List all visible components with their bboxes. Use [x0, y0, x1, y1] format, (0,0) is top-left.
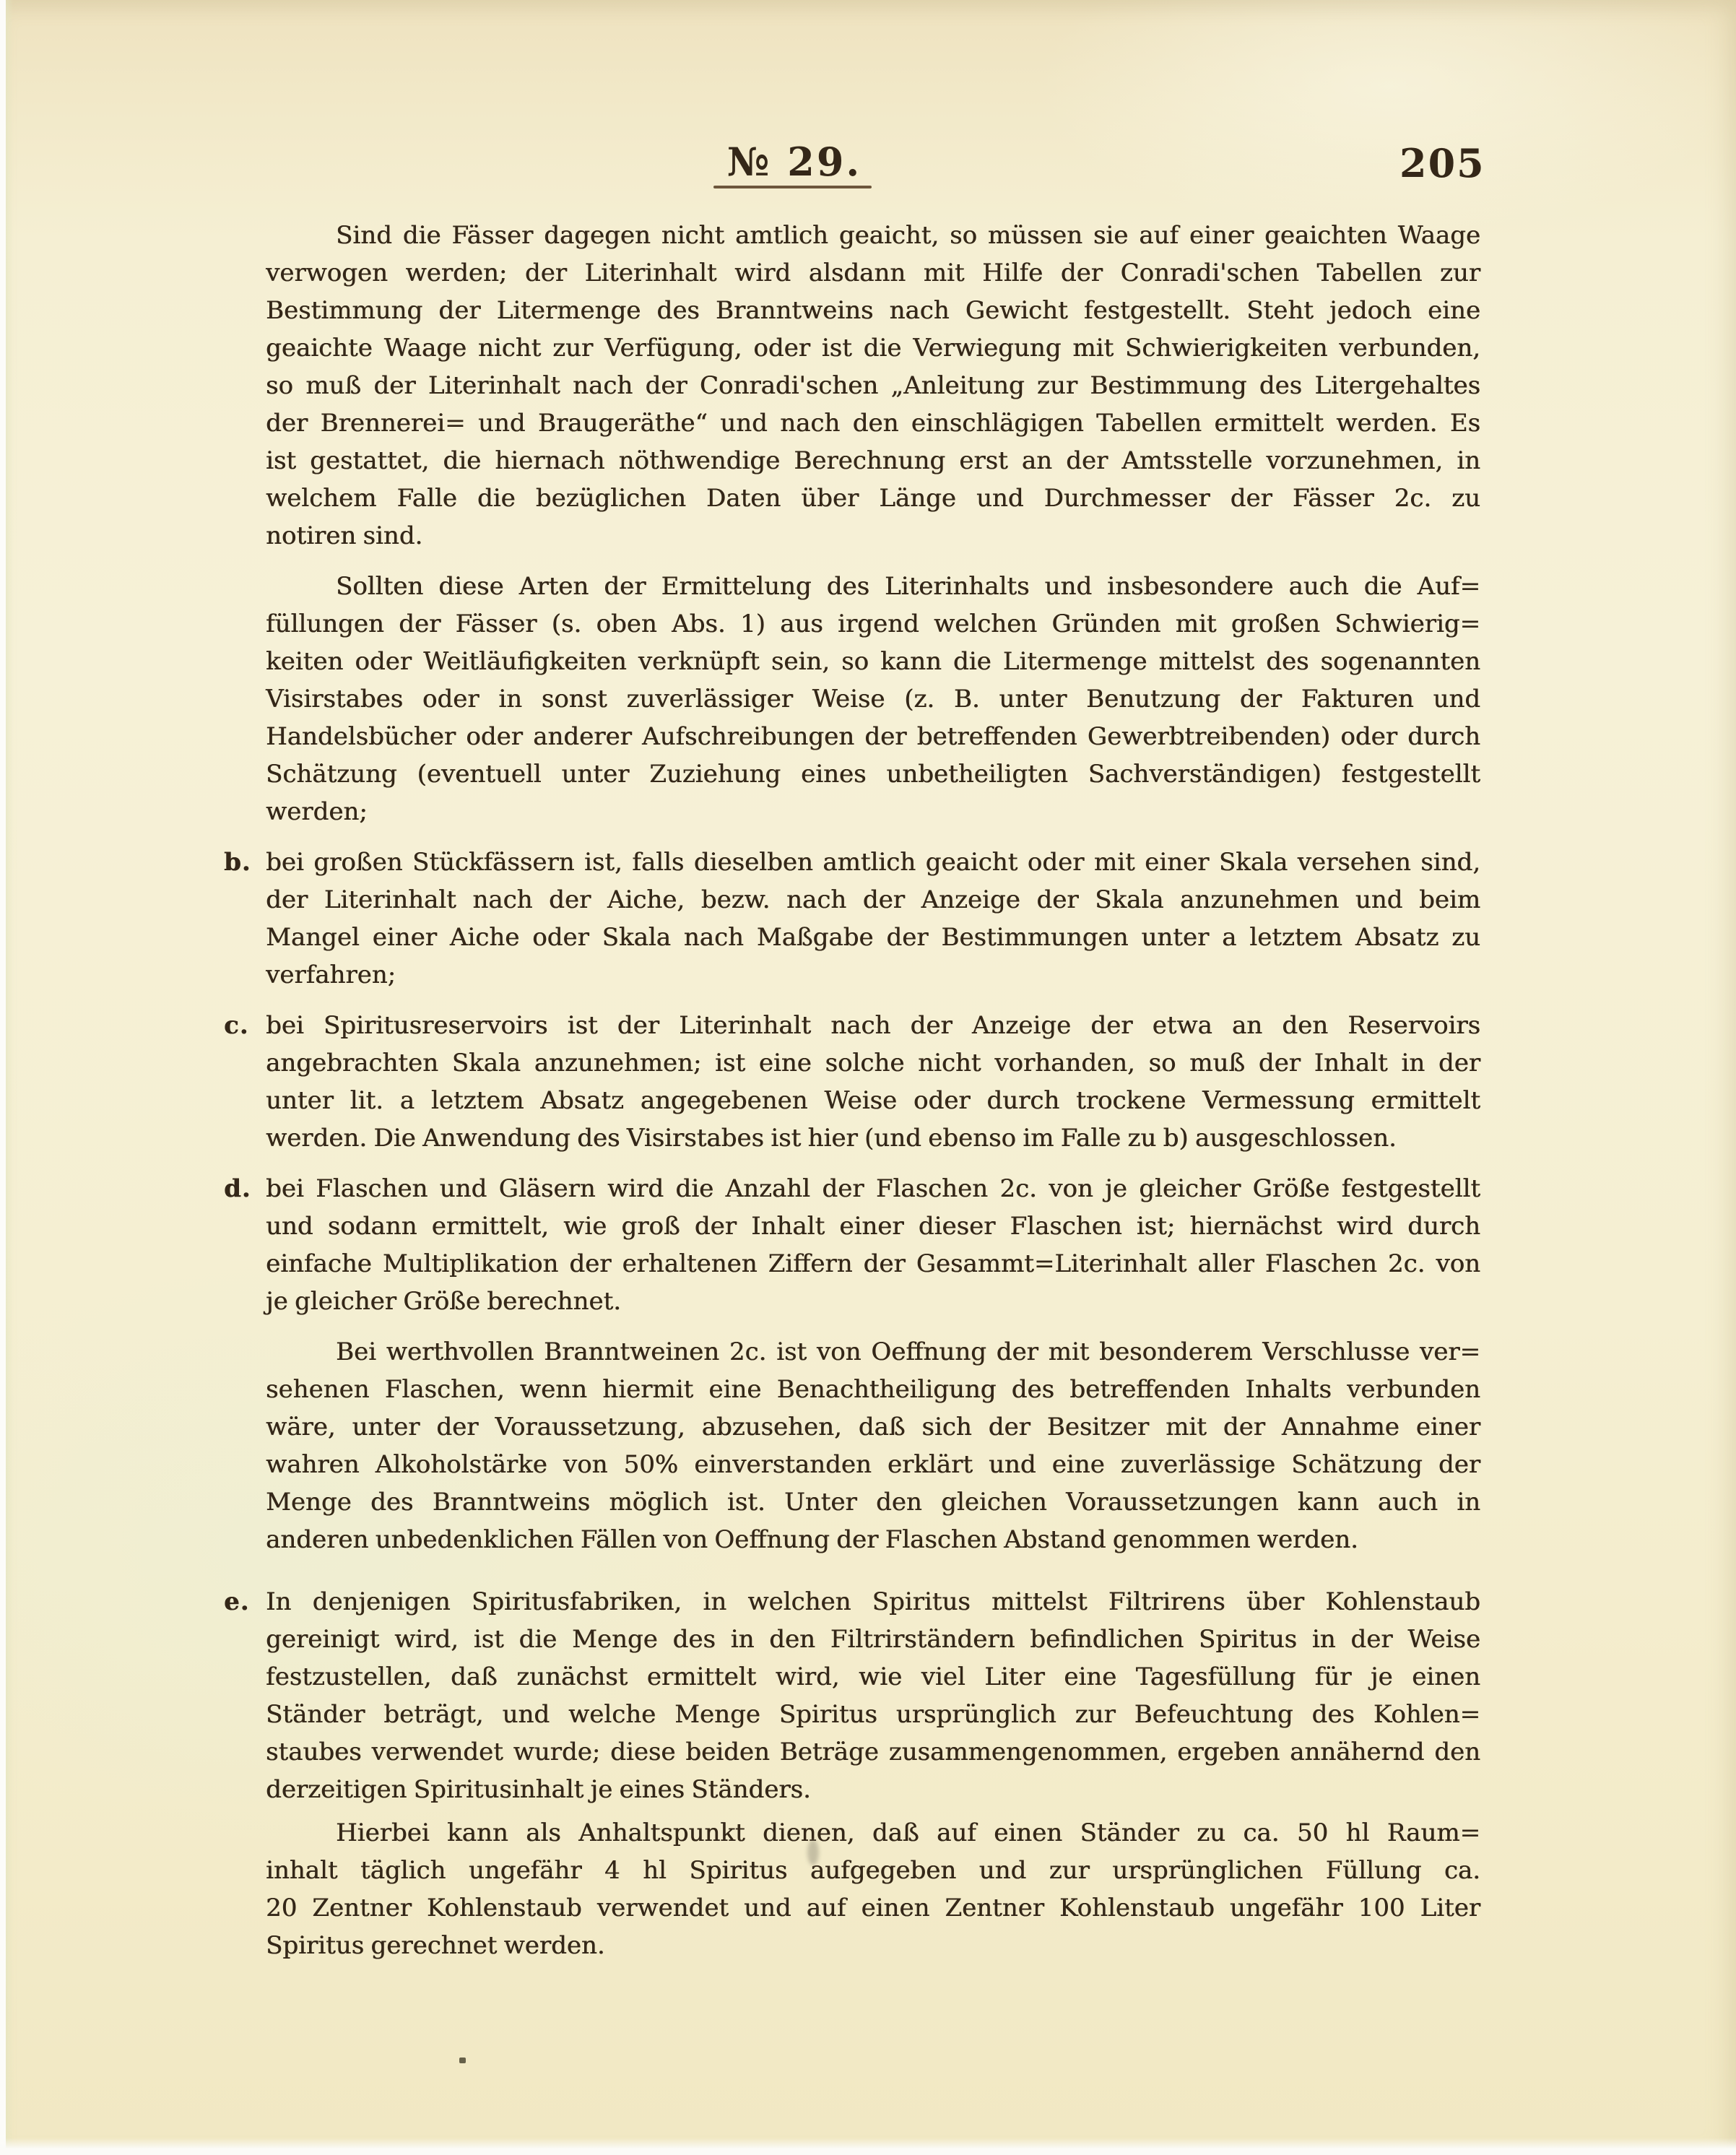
- text-line: wahren Alkoholstärke von 50% einverstand…: [266, 1446, 1480, 1483]
- item-marker: e.: [224, 1583, 249, 1621]
- text-line: welchem Falle die bezüglichen Daten über…: [266, 480, 1480, 517]
- text-line: 20 Zentner Kohlenstaub verwendet und auf…: [266, 1889, 1480, 1927]
- item-marker: c.: [224, 1007, 249, 1044]
- text-line: werden. Die Anwendung des Visirstabes is…: [266, 1119, 1480, 1157]
- text-line: füllungen der Fässer (s. oben Abs. 1) au…: [266, 605, 1480, 643]
- text-line: Ständer beträgt, und welche Menge Spirit…: [266, 1696, 1480, 1733]
- list-item-b: b.bei großen Stückfässern ist, falls die…: [266, 844, 1480, 994]
- text-line: Visirstabes oder in sonst zuverlässiger …: [266, 680, 1480, 718]
- text-line: inhalt täglich ungefähr 4 hl Spiritus au…: [266, 1852, 1480, 1889]
- paragraph: Bei werthvollen Branntweinen 2c. ist von…: [266, 1333, 1480, 1558]
- list-item-e: e.In denjenigen Spiritusfabriken, in wel…: [266, 1583, 1480, 1808]
- page-number: 205: [1399, 140, 1485, 186]
- text-line: Hierbei kann als Anhaltspunkt dienen, da…: [266, 1814, 1480, 1852]
- header-rule: [713, 186, 872, 188]
- text-line: Bestimmung der Litermenge des Branntwein…: [266, 292, 1480, 329]
- text-line: angebrachten Skala anzunehmen; ist eine …: [266, 1044, 1480, 1082]
- text-line: der Literinhalt nach der Aiche, bezw. na…: [266, 881, 1480, 919]
- text-line: und sodann ermittelt, wie groß der Inhal…: [266, 1207, 1480, 1245]
- text-line: so muß der Literinhalt nach der Conradi'…: [266, 367, 1480, 404]
- text-line: anderen unbedenklichen Fällen von Oeffnu…: [266, 1521, 1480, 1558]
- text-line: der Brennerei= und Braugeräthe“ und nach…: [266, 404, 1480, 442]
- paragraph: Hierbei kann als Anhaltspunkt dienen, da…: [266, 1814, 1480, 1964]
- text-line: bei Flaschen und Gläsern wird die Anzahl…: [266, 1170, 1480, 1207]
- issue-number: № 29.: [727, 139, 862, 185]
- text-line: bei Spiritusreservoirs ist der Literinha…: [266, 1007, 1480, 1044]
- text-line: Spiritus gerechnet werden.: [266, 1927, 1480, 1964]
- ink-smudge: [807, 1839, 819, 1865]
- list-item-d: d.bei Flaschen und Gläsern wird die Anza…: [266, 1170, 1480, 1320]
- text-line: Sollten diese Arten der Ermittelung des …: [266, 568, 1480, 605]
- text-line: einfache Multiplikation der erhaltenen Z…: [266, 1245, 1480, 1283]
- item-marker: d.: [224, 1170, 251, 1207]
- text-line: unter lit. a letztem Absatz angegebenen …: [266, 1082, 1480, 1119]
- ink-speck: [459, 2058, 466, 2063]
- body-text: Sind die Fässer dagegen nicht amtlich ge…: [266, 217, 1480, 1964]
- text-line: ist gestattet, die hiernach nöthwendige …: [266, 442, 1480, 480]
- text-line: keiten oder Weitläufigkeiten verknüpft s…: [266, 643, 1480, 680]
- text-line: Schätzung (eventuell unter Zuziehung ein…: [266, 755, 1480, 831]
- text-line: sehenen Flaschen, wenn hiermit eine Bena…: [266, 1371, 1480, 1408]
- text-line: Mangel einer Aiche oder Skala nach Maßga…: [266, 919, 1480, 956]
- paragraph: Sollten diese Arten der Ermittelung des …: [266, 568, 1480, 831]
- paragraph: Sind die Fässer dagegen nicht amtlich ge…: [266, 217, 1480, 555]
- text-line: bei großen Stückfässern ist, falls diese…: [266, 844, 1480, 881]
- text-line: geaichte Waage nicht zur Verfügung, oder…: [266, 329, 1480, 367]
- text-line: Menge des Branntweins möglich ist. Unter…: [266, 1483, 1480, 1521]
- text-line: In denjenigen Spiritusfabriken, in welch…: [266, 1583, 1480, 1621]
- text-line: Bei werthvollen Branntweinen 2c. ist von…: [266, 1333, 1480, 1371]
- list-item-c: c.bei Spiritusreservoirs ist der Literin…: [266, 1007, 1480, 1157]
- scan-edge-left: [0, 0, 6, 2155]
- scan-edge-bottom: [0, 2138, 1736, 2155]
- document-page: № 29. 205 Sind die Fässer dagegen nicht …: [0, 0, 1736, 2155]
- text-line: notiren sind.: [266, 517, 1480, 555]
- scan-edge-left-tint: [6, 0, 13, 2155]
- item-marker: b.: [224, 844, 251, 881]
- text-line: staubes verwendet wurde; diese beiden Be…: [266, 1733, 1480, 1771]
- text-line: festzustellen, daß zunächst ermittelt wi…: [266, 1658, 1480, 1696]
- text-line: Handelsbücher oder anderer Aufschreibung…: [266, 718, 1480, 755]
- text-line: je gleicher Größe berechnet.: [266, 1283, 1480, 1320]
- text-line: derzeitigen Spiritusinhalt je eines Stän…: [266, 1771, 1480, 1808]
- text-line: Sind die Fässer dagegen nicht amtlich ge…: [266, 217, 1480, 254]
- text-line: verwogen werden; der Literinhalt wird al…: [266, 254, 1480, 292]
- text-line: wäre, unter der Voraussetzung, abzusehen…: [266, 1408, 1480, 1446]
- text-line: verfahren;: [266, 956, 1480, 994]
- text-line: gereinigt wird, ist die Menge des in den…: [266, 1621, 1480, 1658]
